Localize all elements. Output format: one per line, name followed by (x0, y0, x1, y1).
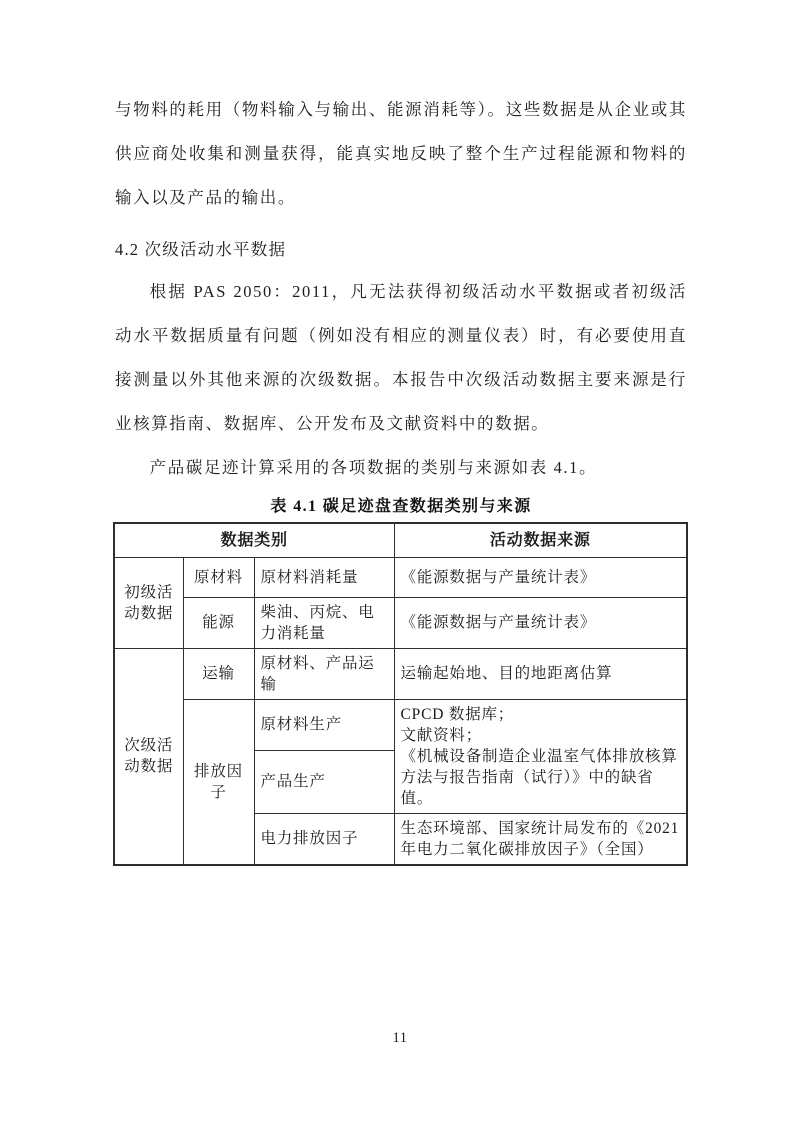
cell-secondary-group: 次级活动数据 (114, 648, 183, 865)
cell-primary-group: 初级活动数据 (114, 557, 183, 648)
cell-emission-factor: 排放因子 (183, 699, 254, 865)
cell-fuel-consumption: 柴油、丙烷、电力消耗量 (254, 597, 394, 648)
paragraph-materials-consumption: 与物料的耗用（物料输入与输出、能源消耗等）。这些数据是从企业或其供应商处收集和测… (115, 88, 687, 220)
cell-energy-stats-source-2: 《能源数据与产量统计表》 (394, 597, 687, 648)
document-page: 与物料的耗用（物料输入与输出、能源消耗等）。这些数据是从企业或其供应商处收集和测… (0, 0, 800, 1131)
cell-cpcd-source: CPCD 数据库； 文献资料； 《机械设备制造企业温室气体排放核算方法与报告指南… (394, 699, 687, 813)
table-row: 初级活动数据 原材料 原材料消耗量 《能源数据与产量统计表》 (114, 557, 687, 597)
paragraph-pas2050: 根据 PAS 2050：2011，凡无法获得初级活动水平数据或者初级活动水平数据… (115, 270, 687, 446)
content-column: 与物料的耗用（物料输入与输出、能源消耗等）。这些数据是从企业或其供应商处收集和测… (115, 0, 687, 866)
cell-raw-material: 原材料 (183, 557, 254, 597)
cell-electricity-factor: 电力排放因子 (254, 813, 394, 865)
paragraph-table-intro: 产品碳足迹计算采用的各项数据的类别与来源如表 4.1。 (115, 446, 687, 490)
cell-transport: 运输 (183, 648, 254, 699)
table-row: 能源 柴油、丙烷、电力消耗量 《能源数据与产量统计表》 (114, 597, 687, 648)
cell-product-production: 产品生产 (254, 751, 394, 813)
table-header: 数据类别 活动数据来源 (114, 523, 687, 557)
cell-energy: 能源 (183, 597, 254, 648)
header-cell-category: 数据类别 (114, 523, 394, 557)
table-row: 排放因子 原材料生产 CPCD 数据库； 文献资料； 《机械设备制造企业温室气体… (114, 699, 687, 751)
table-row: 次级活动数据 运输 原材料、产品运输 运输起始地、目的地距离估算 (114, 648, 687, 699)
cell-energy-stats-source-1: 《能源数据与产量统计表》 (394, 557, 687, 597)
cell-transport-items: 原材料、产品运输 (254, 648, 394, 699)
section-heading-4-2: 4.2 次级活动水平数据 (115, 230, 687, 270)
header-cell-source: 活动数据来源 (394, 523, 687, 557)
page-number: 11 (0, 1030, 800, 1047)
cell-electricity-source: 生态环境部、国家统计局发布的《2021年电力二氧化碳排放因子》（全国） (394, 813, 687, 865)
cell-raw-material-consumption: 原材料消耗量 (254, 557, 394, 597)
cell-raw-material-production: 原材料生产 (254, 699, 394, 751)
cpcd-source-line3: 《机械设备制造企业温室气体排放核算方法与报告指南（试行）》中的缺省值。 (401, 746, 681, 809)
cpcd-source-line2: 文献资料； (401, 725, 681, 746)
table-caption: 表 4.1 碳足迹盘查数据类别与来源 (115, 496, 687, 518)
cell-transport-source: 运输起始地、目的地距离估算 (394, 648, 687, 699)
data-sources-table: 数据类别 活动数据来源 初级活动数据 原材料 原材料消耗量 《能源数据与产量统计… (113, 522, 688, 866)
cpcd-source-line1: CPCD 数据库； (401, 704, 681, 725)
